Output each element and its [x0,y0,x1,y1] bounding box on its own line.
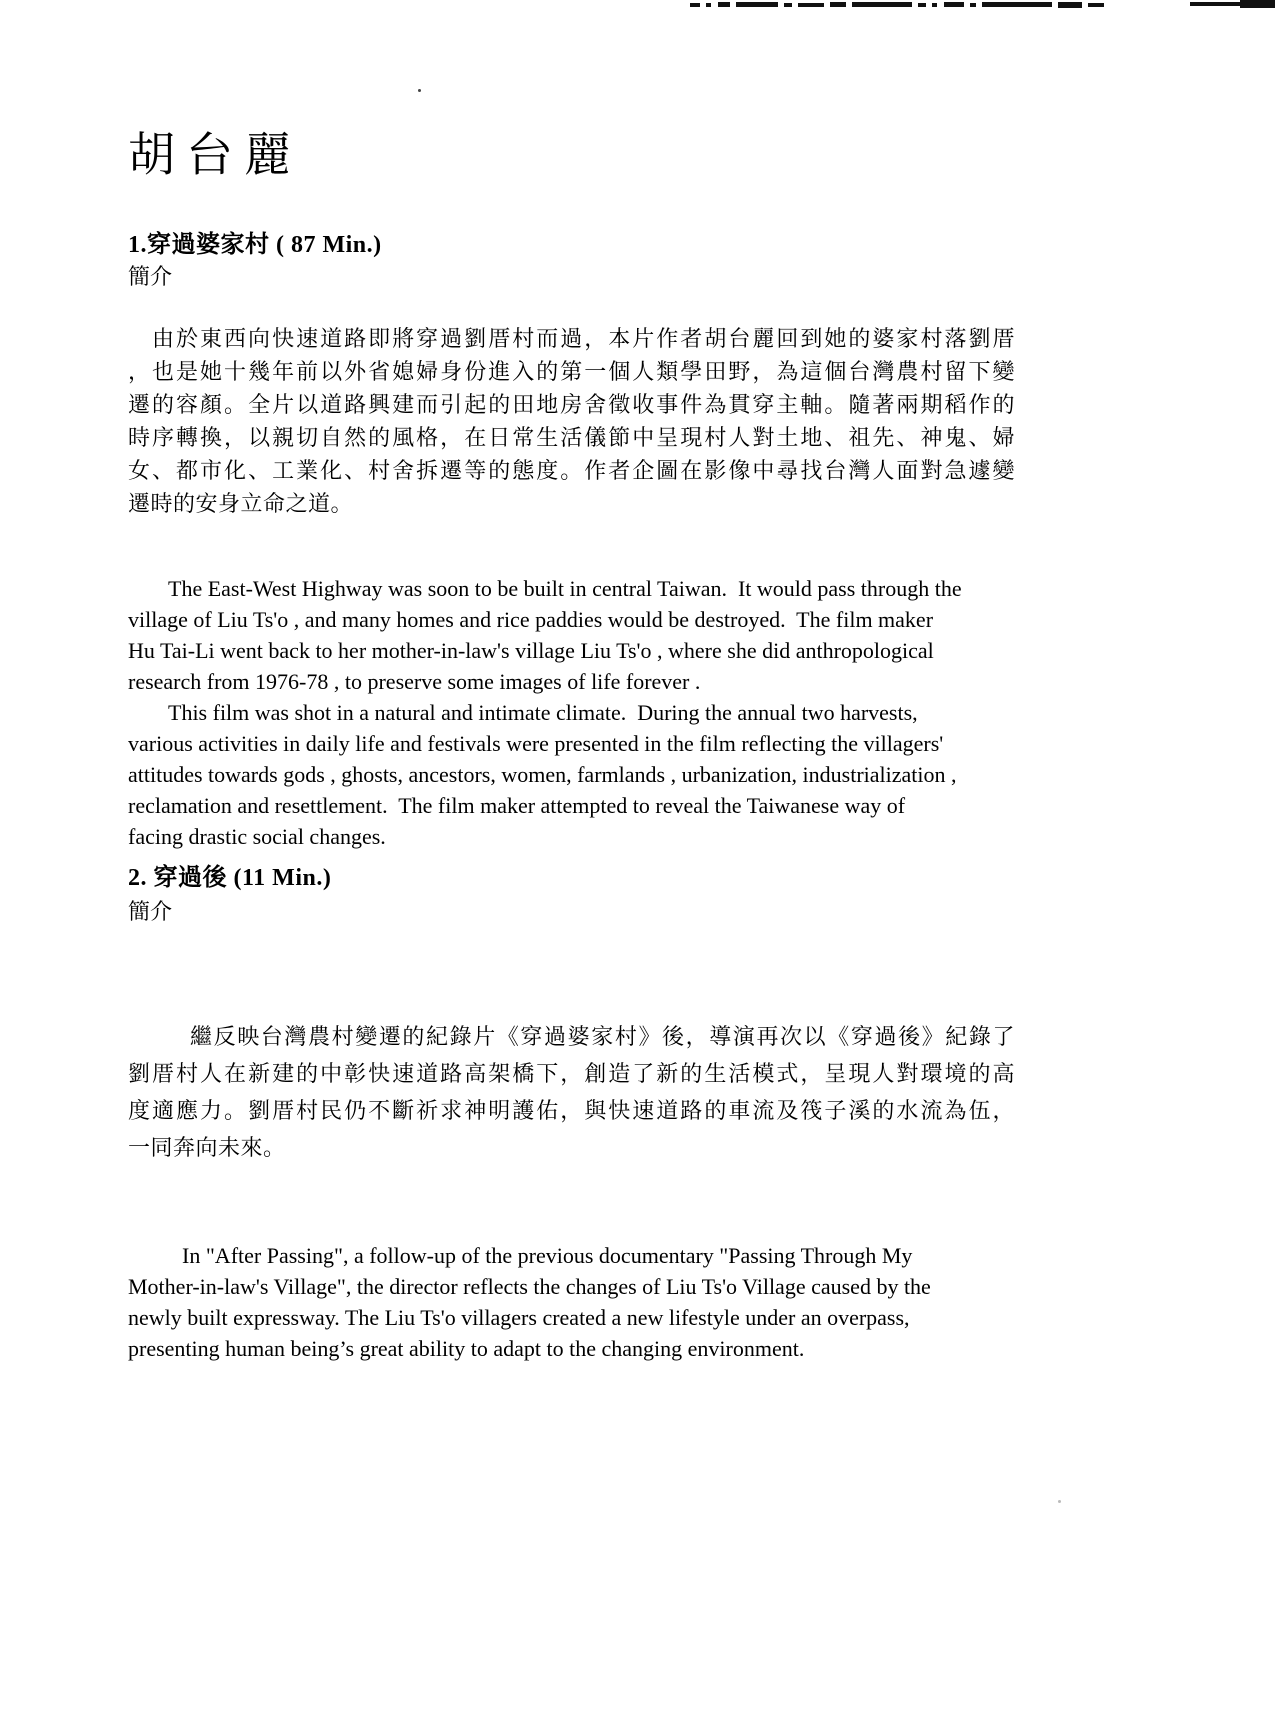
text-line: 遷時的安身立命之道。 [128,487,1015,520]
text-line: Hu Tai-Li went back to her mother-in-law… [128,635,1015,666]
scan-speck [418,89,421,92]
text-line: 由於東西向快速道路即將穿過劉厝村而過，本片作者胡台麗回到她的婆家村落劉厝 [128,322,1015,355]
text-line: In "After Passing", a follow-up of the p… [128,1240,1015,1271]
text-line: This film was shot in a natural and inti… [128,697,1015,728]
film-2-synopsis-zh: 繼反映台灣農村變遷的紀錄片《穿過婆家村》後，導演再次以《穿過後》紀錄了 劉厝村人… [128,1018,1015,1166]
scanned-document-page: 胡台麗 1.穿過婆家村 ( 87 Min.) 簡介 由於東西向快速道路即將穿過劉… [0,0,1275,1725]
text-line: presenting human being’s great ability t… [128,1333,1015,1364]
film-2-synopsis-en: In "After Passing", a follow-up of the p… [128,1240,1015,1364]
film-1-synopsis-zh: 由於東西向快速道路即將穿過劉厝村而過，本片作者胡台麗回到她的婆家村落劉厝 ，也是… [128,322,1015,520]
film-1-synopsis-en-p1: The East-West Highway was soon to be bui… [128,573,1015,697]
text-line: ，也是她十幾年前以外省媳婦身份進入的第一個人類學田野，為這個台灣農村留下變 [128,355,1015,388]
text-line: reclamation and resettlement. The film m… [128,790,1015,821]
text-line: 遷的容顏。全片以道路興建而引起的田地房舍徵收事件為貫穿主軸。隨著兩期稻作的 [128,388,1015,421]
text-line: 度適應力。劉厝村民仍不斷祈求神明護佑，與快速道路的車流及筏子溪的水流為伍， [128,1092,1015,1129]
film-1-intro-label: 簡介 [128,260,1015,291]
text-line: Mother-in-law's Village", the director r… [128,1271,1015,1302]
film-2-intro-label: 簡介 [128,895,1015,926]
film-1-synopsis-en-p2: This film was shot in a natural and inti… [128,697,1015,852]
scan-speck [1058,1500,1061,1503]
text-line: facing drastic social changes. [128,821,1015,852]
text-line: 一同奔向未來。 [128,1129,1015,1166]
author-title: 胡台麗 [128,128,1015,184]
text-line: village of Liu Ts'o , and many homes and… [128,604,1015,635]
text-line: newly built expressway. The Liu Ts'o vil… [128,1302,1015,1333]
text-line: research from 1976-78 , to preserve some… [128,666,1015,697]
text-line: various activities in daily life and fes… [128,728,1015,759]
text-line: 劉厝村人在新建的中彰快速道路高架橋下，創造了新的生活模式，呈現人對環境的高 [128,1055,1015,1092]
text-line: 繼反映台灣農村變遷的紀錄片《穿過婆家村》後，導演再次以《穿過後》紀錄了 [128,1018,1015,1055]
film-2-heading: 2. 穿過後 (11 Min.) [128,857,1015,892]
text-line: 女、都市化、工業化、村舍拆遷等的態度。作者企圖在影像中尋找台灣人面對急遽變 [128,454,1015,487]
film-1-heading: 1.穿過婆家村 ( 87 Min.) [128,224,1015,259]
text-line: 時序轉換，以親切自然的風格，在日常生活儀節中呈現村人對土地、祖先、神鬼、婦 [128,421,1015,454]
text-line: attitudes towards gods , ghosts, ancesto… [128,759,1015,790]
text-line: The East-West Highway was soon to be bui… [128,573,1015,604]
